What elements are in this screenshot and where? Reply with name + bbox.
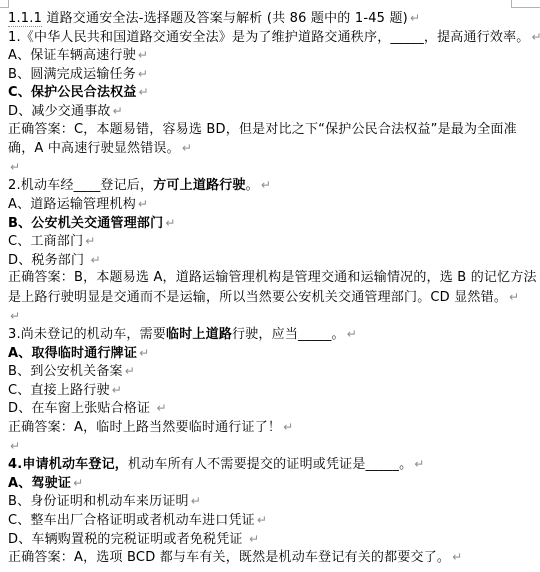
q3-option-b: B、到公安机关备案↵	[8, 362, 540, 381]
q1-answer-line-2: 确，A 中高速行驶显然错误。↵	[8, 139, 540, 158]
paragraph-mark-icon: ↵	[73, 476, 83, 490]
q2-stem: 2.机动车经____登记后，方可上道路行驶。↵	[8, 176, 540, 195]
paragraph-mark-icon: ↵	[452, 550, 462, 564]
blank-line: ↵	[8, 437, 540, 456]
paragraph-mark-icon: ↵	[157, 401, 167, 415]
q1-option-c-text-0: C、保护公民合法权益	[8, 85, 137, 100]
paragraph-mark-icon: ↵	[113, 104, 123, 118]
q2-answer-line-2: 是上路行驶明显是交通而不是运输，所以当然要公安机关交通管理部门。CD 显然错。↵	[8, 288, 540, 307]
paragraph-mark-icon: ↵	[191, 494, 201, 508]
paragraph-mark-icon: ↵	[532, 30, 540, 44]
paragraph-mark-icon: ↵	[165, 216, 175, 230]
q4-option-b-text-0: B、身份证明和机动车来历证明	[8, 494, 189, 509]
q1-option-d: D、减少交通事故↵	[8, 102, 540, 121]
q1-option-c: C、保护公民合法权益↵	[8, 83, 540, 102]
q3-option-c-text-0: C、直接上路行驶	[8, 383, 110, 398]
q2-option-b: B、公安机关交通管理部门↵	[8, 214, 540, 233]
q4-answer: 正确答案：A，选项 BCD 都与车有关，既然是机动车登记有关的都要交了。↵	[8, 548, 540, 567]
q3-answer: 正确答案：A，临时上路当然要临时通行证了！↵	[8, 418, 540, 437]
paragraph-mark-icon: ↵	[139, 85, 149, 99]
q3-stem-text-2: 行驶，应当_____。	[232, 327, 345, 342]
paragraph-mark-icon: ↵	[347, 327, 357, 341]
q3-answer-text-0: 正确答案：A，临时上路当然要临时通行证了！	[8, 420, 281, 435]
paragraph-mark-icon: ↵	[138, 67, 148, 81]
q3-option-a-text-0: A、取得临时通行牌证	[8, 346, 137, 361]
q1-option-d-text-0: D、减少交通事故	[8, 104, 111, 119]
q4-option-c-text-0: C、整车出厂合格证明或者机动车进口凭证	[8, 513, 255, 528]
q4-stem: 4.申请机动车登记，机动车所有人不需要提交的证明或凭证是_____。↵	[8, 455, 540, 474]
q1-option-a-text-0: A、保证车辆高速行驶	[8, 48, 136, 63]
margin-cropmark-left-horizontal	[0, 7, 9, 8]
q2-option-d-text-0: D、税务部门	[8, 253, 89, 268]
margin-cropmark-right-horizontal	[511, 7, 540, 8]
q1-stem: 1.《中华人民共和国道路交通安全法》是为了维护道路交通秩序，_____，提高通行…	[8, 28, 540, 47]
q3-option-c: C、直接上路行驶↵	[8, 381, 540, 400]
q4-option-d: D、车辆购置税的完税证明或者免税凭证 ↵	[8, 530, 540, 549]
paragraph-mark-icon: ↵	[10, 160, 20, 174]
paragraph-mark-icon: ↵	[249, 532, 259, 546]
q2-option-b-text-0: B、公安机关交通管理部门	[8, 216, 163, 231]
paragraph-mark-icon: ↵	[138, 197, 148, 211]
q4-stem-text-1: 机动车所有人不需要提交的证明或凭证是_____。	[128, 457, 412, 472]
q1-answer-line-1: 正确答案：C，本题易错，容易选 BD，但是对比之下“保护公民合法权益”是最为全面…	[8, 121, 540, 140]
paragraph-mark-icon: ↵	[112, 383, 122, 397]
paragraph-mark-icon: ↵	[139, 346, 149, 360]
q3-stem-text-1: 临时上道路	[166, 327, 232, 342]
q3-stem: 3.尚未登记的机动车，需要临时上道路行驶，应当_____。↵	[8, 325, 540, 344]
q3-option-d-text-0: D、在车窗上张贴合格证	[8, 401, 155, 416]
q1-option-b: B、圆满完成运输任务↵	[8, 65, 540, 84]
paragraph-mark-icon: ↵	[182, 141, 192, 155]
q4-stem-text-0: 4.申请机动车登记，	[8, 457, 128, 472]
q1-answer-line-1-text-0: 正确答案：C，本题易错，容易选 BD，但是对比之下“保护公民合法权益”是最为全面…	[8, 122, 517, 137]
blank-line: ↵	[8, 158, 540, 177]
paragraph-mark-icon: ↵	[414, 457, 424, 471]
q2-answer-line-2-text-0: 是上路行驶明显是交通而不是运输，所以当然要公安机关交通管理部门。CD 显然错。	[8, 290, 507, 305]
q2-option-a: A、道路运输管理机构↵	[8, 195, 540, 214]
q4-option-a-text-0: A、驾驶证	[8, 476, 71, 491]
q4-option-a: A、驾驶证↵	[8, 474, 540, 493]
q2-option-c: C、工商部门↵	[8, 232, 540, 251]
q3-stem-text-0: 3.尚未登记的机动车，需要	[8, 327, 166, 342]
q2-stem-text-1: 方可上道路行驶	[153, 178, 245, 193]
document-page[interactable]: 1.1.1 道路交通安全法-选择题及答案与解析 (共 86 题中的 1-45 题…	[0, 0, 540, 572]
paragraph-mark-icon: ↵	[261, 178, 271, 192]
paragraph-mark-icon: ↵	[257, 513, 267, 527]
paragraph-mark-icon: ↵	[10, 309, 20, 323]
paragraph-mark-icon: ↵	[283, 420, 293, 434]
q1-option-a: A、保证车辆高速行驶↵	[8, 46, 540, 65]
margin-cropmark-right-vertical	[511, 0, 512, 7]
q2-option-c-text-0: C、工商部门	[8, 234, 83, 249]
q2-answer-line-1-text-0: 正确答案：B，本题易选 A，道路运输管理机构是管理交通和运输情况的，选 B 的记…	[8, 270, 537, 285]
q1-answer-line-2-text-0: 确，A 中高速行驶显然错误。	[8, 141, 180, 156]
paragraph-mark-icon: ↵	[91, 253, 101, 267]
q2-option-d: D、税务部门 ↵	[8, 251, 540, 270]
q4-option-d-text-0: D、车辆购置税的完税证明或者免税凭证	[8, 532, 247, 547]
paragraph-mark-icon: ↵	[10, 439, 20, 453]
paragraph-mark-icon: ↵	[125, 364, 135, 378]
q3-option-a: A、取得临时通行牌证↵	[8, 344, 540, 363]
q1-stem-text-0: 1.《中华人民共和国道路交通安全法》是为了维护道路交通秩序，_____，提高通行…	[8, 30, 530, 45]
paragraph-mark-icon: ↵	[85, 234, 95, 248]
q2-option-a-text-0: A、道路运输管理机构	[8, 197, 136, 212]
paragraph-mark-icon: ↵	[410, 11, 420, 25]
document-content: 1.1.1 道路交通安全法-选择题及答案与解析 (共 86 题中的 1-45 题…	[8, 9, 540, 567]
section-heading: 1.1.1 道路交通安全法-选择题及答案与解析 (共 86 题中的 1-45 题…	[8, 9, 540, 28]
blank-line: ↵	[8, 307, 540, 326]
q2-answer-line-1: 正确答案：B，本题易选 A，道路运输管理机构是管理交通和运输情况的，选 B 的记…	[8, 269, 540, 288]
section-heading-text-0: 1.1.1	[8, 11, 42, 27]
section-heading-text-1: 道路交通安全法-选择题及答案与解析 (共 86 题中的 1-45 题)	[42, 11, 408, 26]
q3-option-b-text-0: B、到公安机关备案	[8, 364, 123, 379]
q3-option-d: D、在车窗上张贴合格证 ↵	[8, 399, 540, 418]
q1-option-b-text-0: B、圆满完成运输任务	[8, 67, 136, 82]
margin-cropmark-left-vertical	[8, 0, 9, 7]
q4-option-b: B、身份证明和机动车来历证明↵	[8, 492, 540, 511]
q4-option-c: C、整车出厂合格证明或者机动车进口凭证↵	[8, 511, 540, 530]
paragraph-mark-icon: ↵	[509, 290, 519, 304]
q2-stem-text-2: 。	[246, 178, 259, 193]
paragraph-mark-icon: ↵	[138, 48, 148, 62]
q4-answer-text-0: 正确答案：A，选项 BCD 都与车有关，既然是机动车登记有关的都要交了。	[8, 550, 450, 565]
q2-stem-text-0: 2.机动车经____登记后，	[8, 178, 153, 193]
